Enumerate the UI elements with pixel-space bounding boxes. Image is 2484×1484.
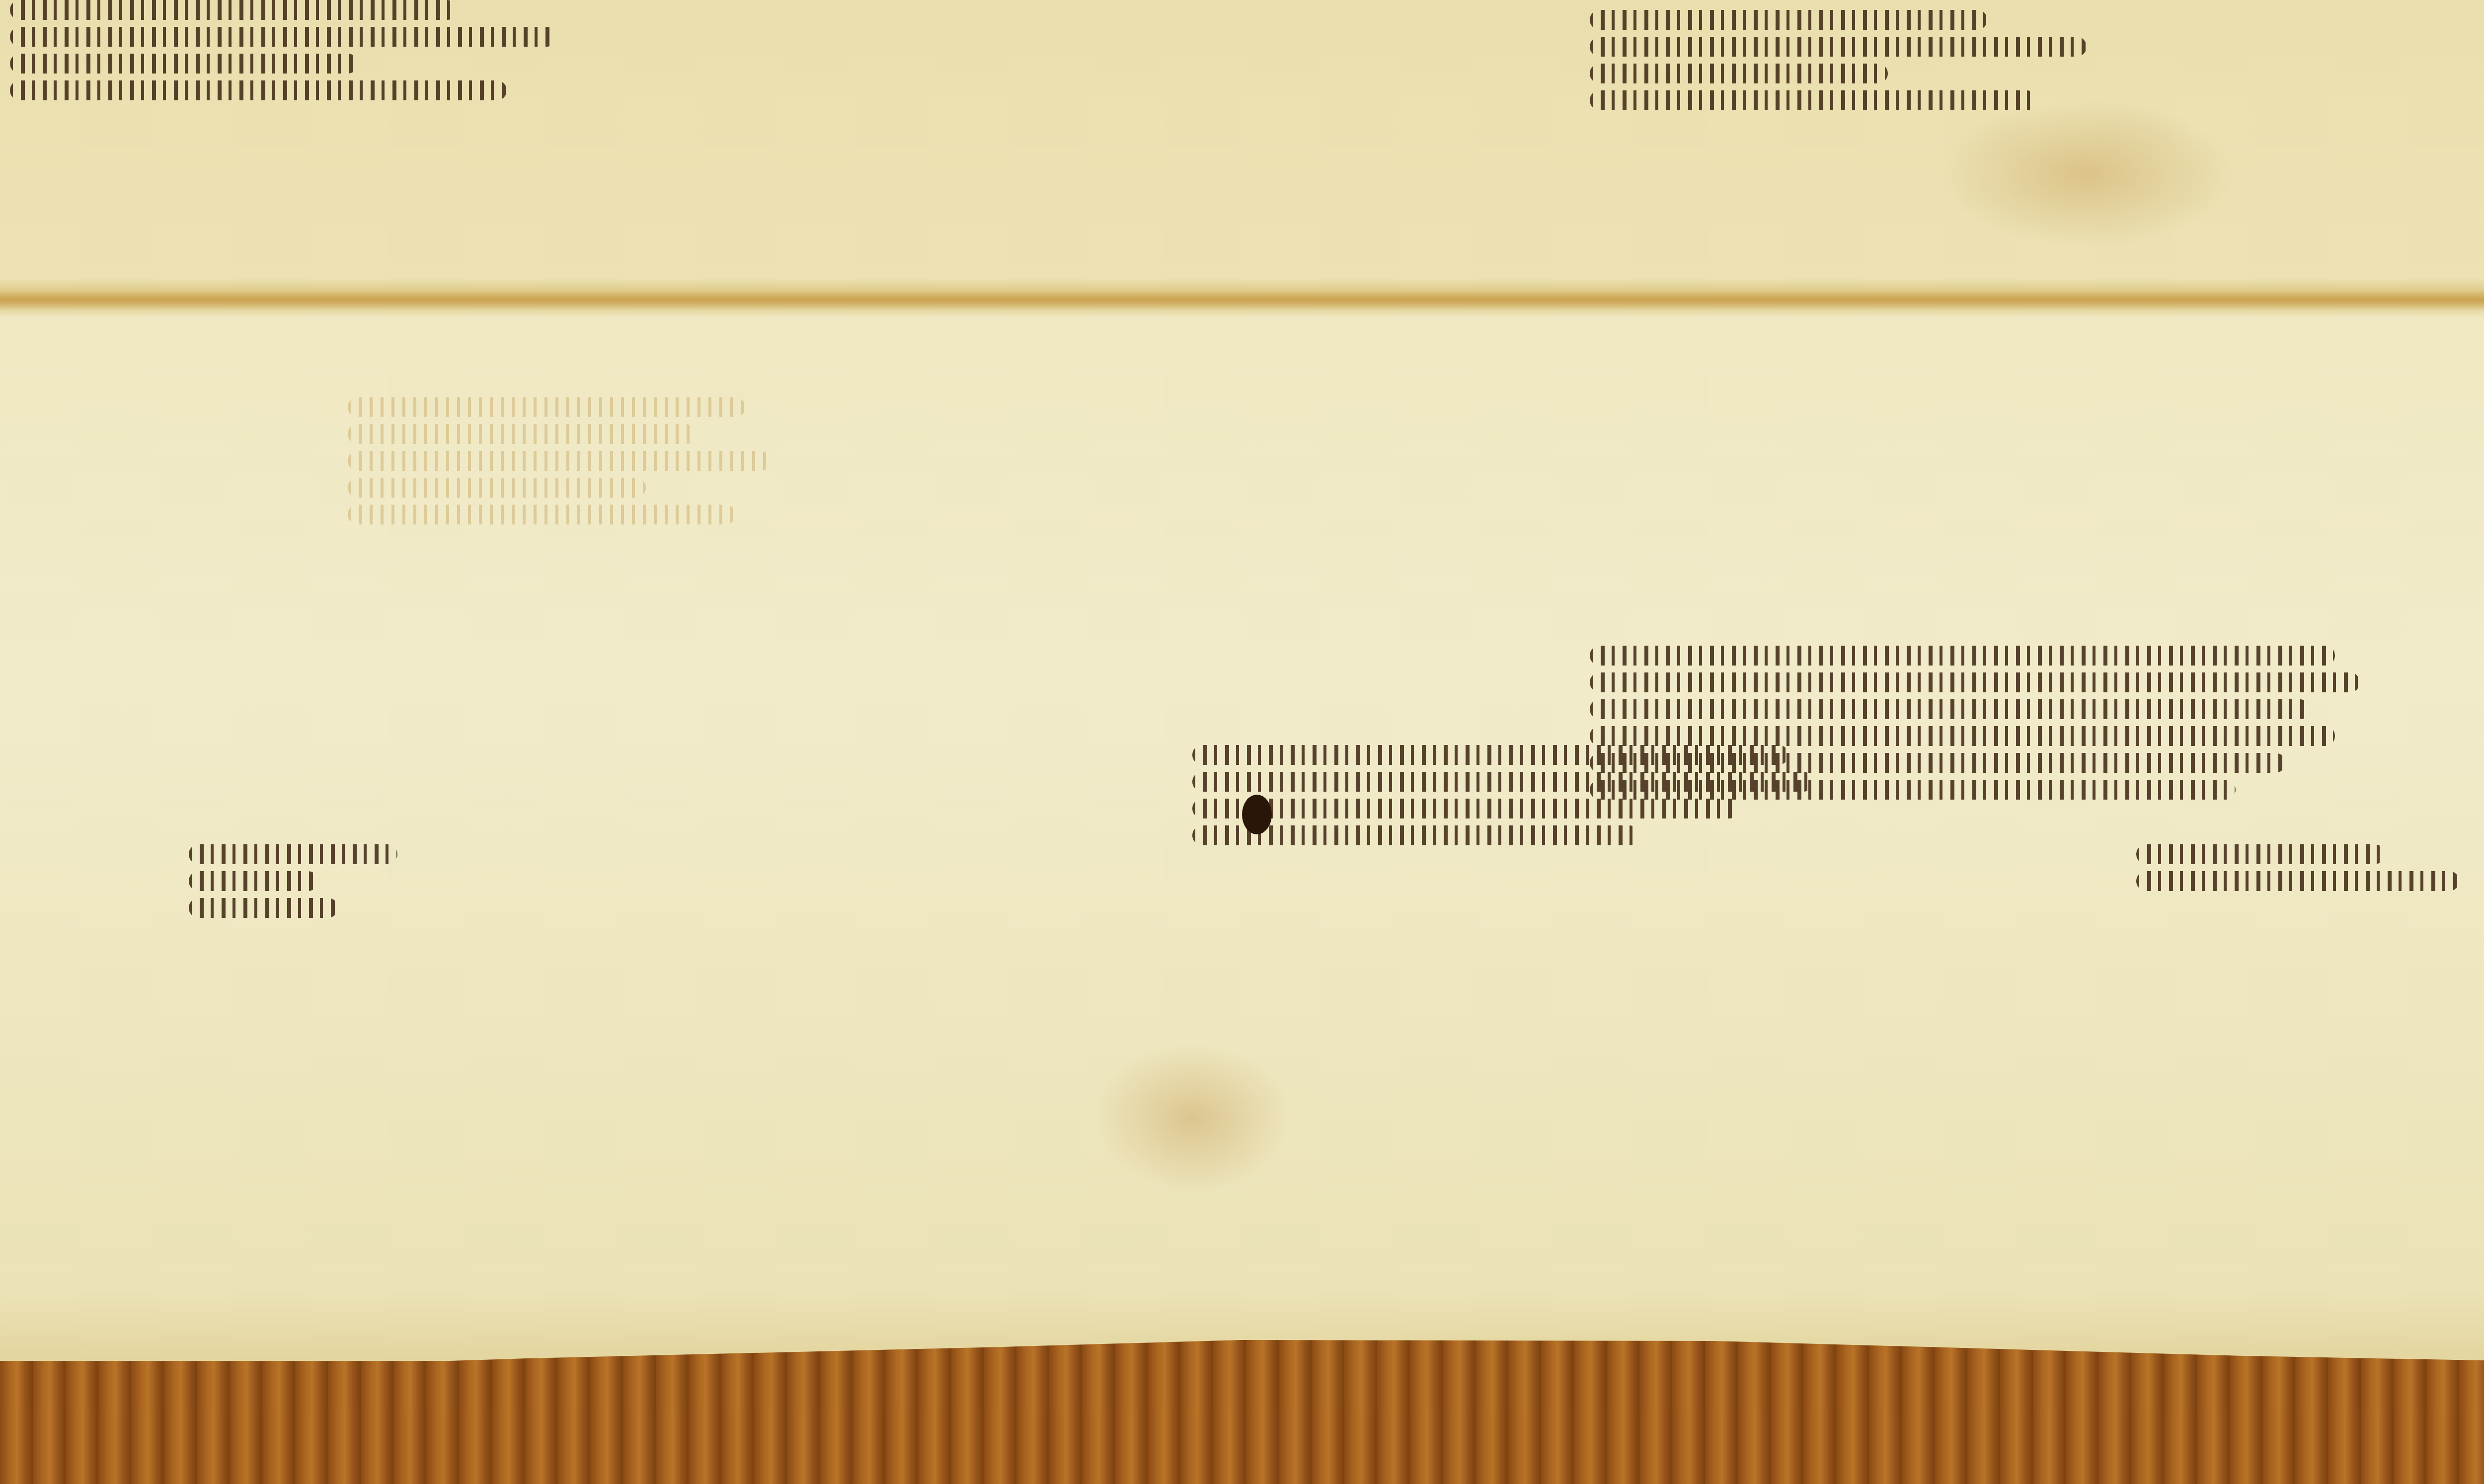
manuscript-line — [10, 0, 457, 20]
manuscript-line — [1590, 646, 2335, 666]
manuscript-line — [2136, 871, 2459, 891]
manuscript-line — [1590, 699, 2310, 719]
manuscript-line — [1590, 37, 2087, 57]
manuscript-line — [1590, 780, 2236, 800]
manuscript-line — [1590, 10, 1987, 30]
water-stain — [1938, 99, 2236, 248]
manuscript-line — [1590, 64, 1888, 83]
manuscript-line — [189, 898, 338, 918]
manuscript-line — [10, 54, 358, 74]
manuscript-line — [1590, 90, 2037, 110]
water-stain — [1093, 1043, 1292, 1192]
bleed-through-text — [348, 397, 795, 524]
manuscript-line — [1590, 672, 2360, 692]
paper-fold-line — [0, 291, 2484, 310]
paper-hole — [1242, 795, 1272, 834]
manuscript-line — [189, 871, 318, 891]
left-margin-entries — [189, 844, 437, 918]
manuscript-line — [1590, 726, 2335, 746]
right-margin-entries — [2136, 844, 2484, 891]
manuscript-line — [1192, 799, 1739, 818]
central-paragraph-block-2 — [1590, 646, 2385, 800]
manuscript-line — [1590, 753, 2285, 773]
manuscript-line — [189, 844, 397, 864]
manuscript-line — [10, 27, 556, 47]
upper-fold-text-left — [10, 0, 606, 100]
manuscript-line — [10, 80, 507, 100]
manuscript-line — [2136, 844, 2385, 864]
manuscript-page — [0, 0, 2484, 1361]
upper-fold-text-right — [1590, 10, 2186, 110]
